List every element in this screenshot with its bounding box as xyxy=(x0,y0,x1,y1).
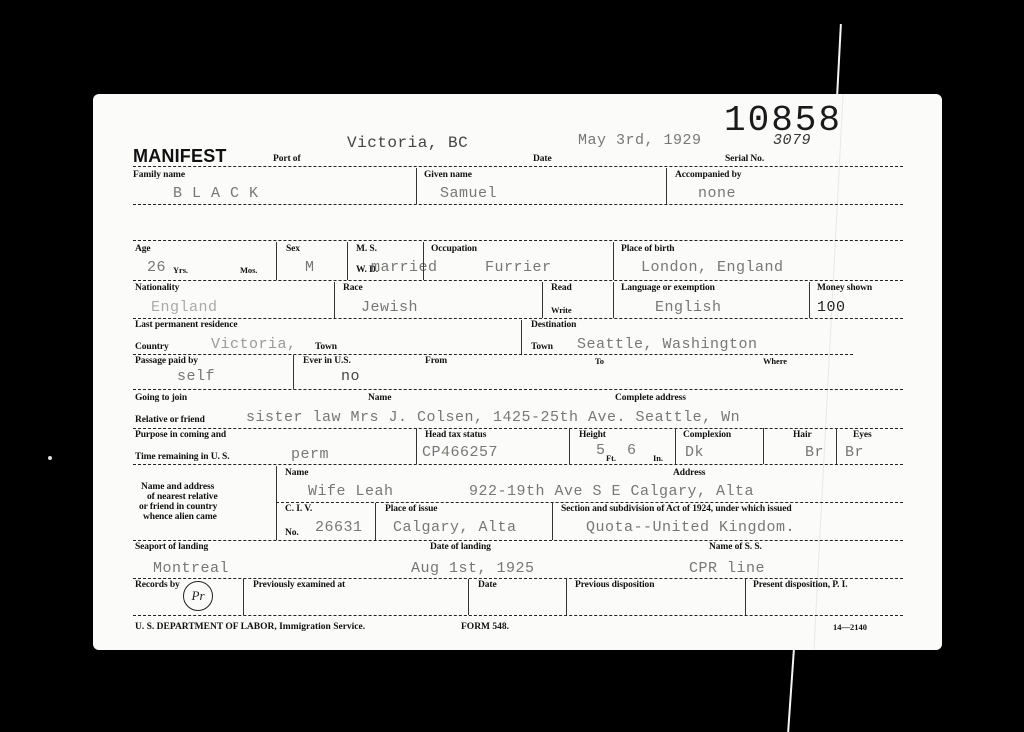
going-to-join-label: Going to join xyxy=(135,393,187,403)
inches-label: In. xyxy=(653,453,663,463)
section-value: Quota--United Kingdom. xyxy=(586,519,795,536)
divider xyxy=(293,355,294,389)
film-scratch-card xyxy=(813,94,843,649)
divider xyxy=(416,168,417,204)
exam-date-label: Date xyxy=(478,580,497,590)
divider xyxy=(347,242,348,280)
department-footer: U. S. DEPARTMENT OF LABOR, Immigration S… xyxy=(135,622,365,632)
divider xyxy=(276,502,903,503)
divider xyxy=(375,503,376,540)
divider xyxy=(133,354,853,355)
relative-friend-label: Relative or friend xyxy=(135,415,205,425)
divider xyxy=(468,579,469,615)
money-value: 100 xyxy=(817,299,846,316)
inspector-initials-stamp: Pr xyxy=(183,581,213,611)
landing-date-label: Date of landing xyxy=(430,542,491,552)
age-value: 26 xyxy=(147,259,166,276)
divider xyxy=(566,579,567,615)
serial-label: Serial No. xyxy=(725,154,764,164)
sex-label: Sex xyxy=(286,244,300,254)
race-value: Jewish xyxy=(361,299,418,316)
years-label: Yrs. xyxy=(173,265,188,275)
given-name-label: Given name xyxy=(424,170,472,180)
divider xyxy=(666,168,667,204)
destination-label: Destination xyxy=(531,320,576,330)
civ-value: 26631 xyxy=(315,519,363,536)
passage-label: Passage paid by xyxy=(135,356,198,366)
complexion-label: Complexion xyxy=(683,430,731,440)
nationality-label: Nationality xyxy=(135,283,179,293)
given-name-value: Samuel xyxy=(440,185,497,202)
place-of-issue-value: Calgary, Alta xyxy=(393,519,517,536)
eyes-label: Eyes xyxy=(853,430,872,440)
manifest-title: MANIFEST xyxy=(133,146,227,167)
date-value: May 3rd, 1929 xyxy=(578,132,702,149)
serial-value: 3079 xyxy=(773,132,811,149)
divider xyxy=(423,242,424,280)
divider xyxy=(552,503,553,540)
language-label: Language or exemption xyxy=(621,283,715,293)
relative-name-value: Wife Leah xyxy=(308,483,394,500)
head-tax-label: Head tax status xyxy=(425,430,486,440)
divider xyxy=(334,282,335,318)
film-scratch-bottom xyxy=(787,650,795,732)
nearest-relative-label-3: or friend in country xyxy=(139,502,217,512)
divider xyxy=(133,240,903,241)
divider xyxy=(613,282,614,318)
complexion-value: Dk xyxy=(685,444,704,461)
place-of-issue-label: Place of issue xyxy=(385,504,437,514)
divider xyxy=(133,389,903,390)
hair-value: Br xyxy=(805,444,824,461)
divider xyxy=(542,282,543,318)
relative-name-label: Name xyxy=(285,468,308,478)
film-speck xyxy=(48,456,52,460)
civ-label: C. I. V. xyxy=(285,504,312,514)
sex-value: M xyxy=(305,259,315,276)
nearest-relative-label-2: of nearest relative xyxy=(147,492,218,502)
ever-in-us-label: Ever in U.S. xyxy=(303,356,351,366)
town-label: Town xyxy=(315,342,337,352)
divider xyxy=(133,204,903,205)
port-value: Victoria, BC xyxy=(347,134,468,152)
purpose-label: Purpose in coming and xyxy=(135,430,226,440)
destination-town-label: Town xyxy=(531,342,553,352)
destination-value: Seattle, Washington xyxy=(577,336,758,353)
divider xyxy=(133,318,903,319)
join-name-label: Name xyxy=(368,393,391,403)
to-label: To xyxy=(595,356,604,366)
relative-address-value: 922-19th Ave S E Calgary, Alta xyxy=(469,483,754,500)
divider xyxy=(836,428,837,464)
date-label: Date xyxy=(533,154,552,164)
divider xyxy=(243,579,244,615)
divider xyxy=(133,280,903,281)
section-label: Section and subdivision of Act of 1924, … xyxy=(561,504,792,514)
divider xyxy=(416,428,417,464)
complete-address-label: Complete address xyxy=(615,393,686,403)
residence-label: Last permanent residence xyxy=(135,320,237,330)
read-label: Read xyxy=(551,283,572,293)
height-label: Height xyxy=(579,430,606,440)
divider xyxy=(745,579,746,615)
print-code: 14—2140 xyxy=(833,622,867,632)
ever-in-us-value: no xyxy=(341,368,360,385)
ship-name-value: CPR line xyxy=(689,560,765,577)
country-label: Country xyxy=(135,342,169,352)
ship-name-label: Name of S. S. xyxy=(709,542,762,552)
divider xyxy=(763,428,764,464)
race-label: Race xyxy=(343,283,363,293)
nearest-relative-label-1: Name and address xyxy=(141,482,214,492)
ms-label: M. S. xyxy=(356,244,377,254)
previously-examined-label: Previously examined at xyxy=(253,580,345,590)
country-value: Victoria, xyxy=(211,336,297,353)
hair-label: Hair xyxy=(793,430,812,440)
language-value: English xyxy=(655,299,722,316)
relative-friend-value: sister law Mrs J. Colsen, 1425-25th Ave.… xyxy=(246,409,740,426)
months-label: Mos. xyxy=(240,265,257,275)
occupation-value: Furrier xyxy=(485,259,552,276)
height-inches-value: 6 xyxy=(627,442,637,459)
purpose-value: perm xyxy=(291,446,329,463)
passage-value: self xyxy=(177,368,215,385)
write-label: Write xyxy=(551,305,572,315)
nationality-value: England xyxy=(151,299,218,316)
divider xyxy=(675,428,676,464)
divider xyxy=(133,615,903,616)
birth-place-label: Place of birth xyxy=(621,244,674,254)
divider xyxy=(276,242,277,280)
divider xyxy=(521,320,522,354)
money-label: Money shown xyxy=(817,283,872,293)
accompanied-label: Accompanied by xyxy=(675,170,741,180)
manifest-card: 10858 MANIFEST Port of Victoria, BC Date… xyxy=(93,94,942,650)
divider xyxy=(133,166,903,167)
form-number: FORM 548. xyxy=(461,622,509,632)
head-tax-value: CP466257 xyxy=(422,444,498,461)
film-scratch-top xyxy=(836,24,842,96)
height-feet-value: 5 xyxy=(596,442,606,459)
divider xyxy=(133,540,903,541)
occupation-label: Occupation xyxy=(431,244,477,254)
seaport-label: Seaport of landing xyxy=(135,542,208,552)
civ-no-label: No. xyxy=(285,528,299,538)
divider xyxy=(569,428,570,464)
accompanied-value: none xyxy=(698,185,736,202)
divider xyxy=(133,428,903,429)
from-label: From xyxy=(425,356,447,366)
eyes-value: Br xyxy=(845,444,864,461)
seaport-value: Montreal xyxy=(153,560,229,577)
previous-disposition-label: Previous disposition xyxy=(575,580,654,590)
where-label: Where xyxy=(763,356,787,366)
relative-address-label: Address xyxy=(673,468,705,478)
feet-label: Ft. xyxy=(606,453,616,463)
divider xyxy=(276,466,277,540)
divider xyxy=(613,242,614,280)
nearest-relative-label-4: whence alien came xyxy=(143,512,217,522)
divider xyxy=(133,464,903,465)
marital-value: married xyxy=(371,259,438,276)
port-label: Port of xyxy=(273,154,301,164)
records-by-label: Records by xyxy=(135,580,180,590)
family-name-value: B L A C K xyxy=(173,185,259,202)
birth-place-value: London, England xyxy=(641,259,784,276)
divider xyxy=(133,578,903,579)
family-name-label: Family name xyxy=(133,170,185,180)
landing-date-value: Aug 1st, 1925 xyxy=(411,560,535,577)
age-label: Age xyxy=(135,244,151,254)
time-remaining-label: Time remaining in U. S. xyxy=(135,452,229,462)
divider xyxy=(809,282,810,318)
present-disposition-label: Present disposition, P. I. xyxy=(753,580,848,590)
